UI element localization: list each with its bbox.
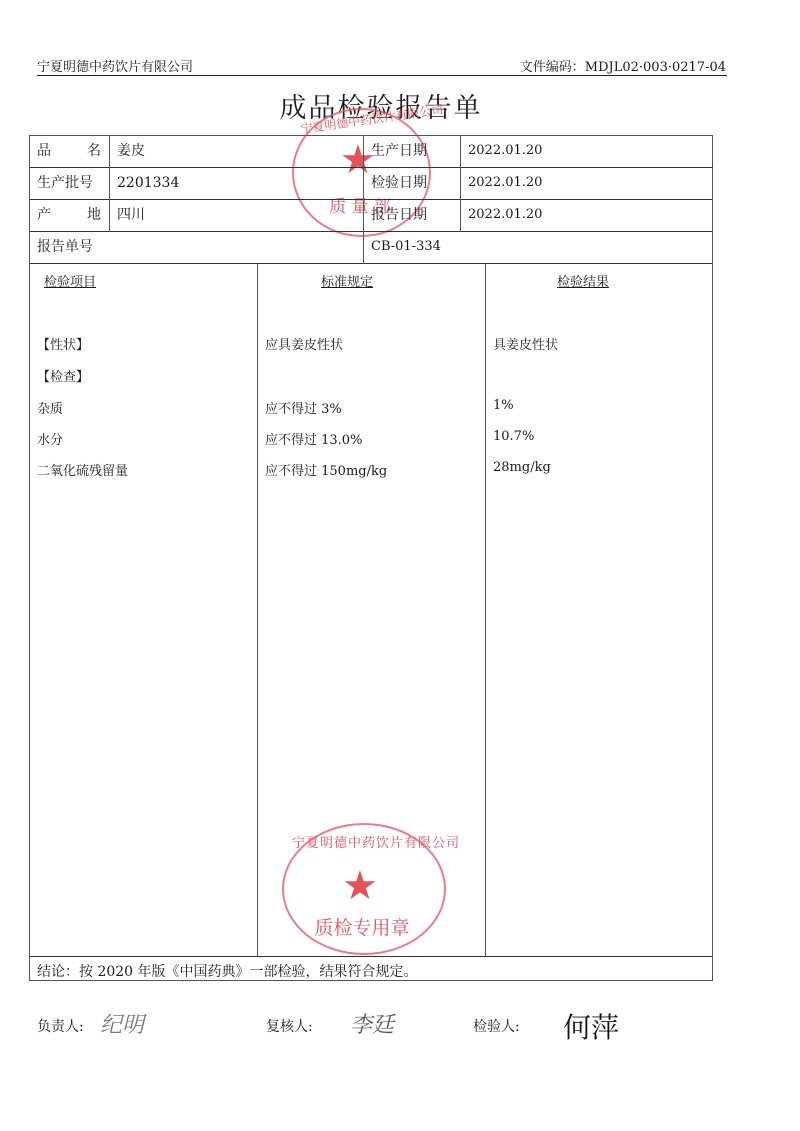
stamp-ring-text: 宁夏明德中药饮片有限公司 xyxy=(292,832,432,851)
test-result: 具姜皮性状 xyxy=(493,334,558,353)
production-date-value: 2022.01.20 xyxy=(468,135,542,167)
test-item: 水分 xyxy=(37,429,63,448)
company-name: 宁夏明德中药饮片有限公司 xyxy=(37,56,193,75)
test-item: 【性状】 xyxy=(37,334,89,353)
header-test-item: 检验项目 xyxy=(44,271,96,290)
stamp-star-icon: ★ xyxy=(342,866,378,906)
product-name-value: 姜皮 xyxy=(117,135,145,167)
batch-label: 生产批号 xyxy=(37,167,93,199)
test-result: 1% xyxy=(493,398,514,413)
header-standard: 标准规定 xyxy=(321,271,373,290)
test-standard: 应不得过 150mg/kg xyxy=(265,460,387,479)
inspection-date-value: 2022.01.20 xyxy=(468,167,542,199)
report-no-value: CB-01-334 xyxy=(371,231,441,263)
header-result: 检验结果 xyxy=(557,271,609,290)
report-no-label: 报告单号 xyxy=(37,231,93,263)
production-date-label: 生产日期 xyxy=(371,135,427,167)
label-char: 地 xyxy=(87,199,101,231)
batch-value: 2201334 xyxy=(117,167,179,199)
document-code: 文件编码：MDJL02·003·0217-04 xyxy=(520,56,726,75)
header-divider xyxy=(37,75,727,76)
inspection-date-label: 检验日期 xyxy=(371,167,427,199)
report-date-label: 报告日期 xyxy=(371,199,427,231)
label-char: 品 xyxy=(37,135,51,167)
report-date-value: 2022.01.20 xyxy=(468,199,542,231)
stamp-center-text: 质检专用章 xyxy=(310,913,414,940)
test-result: 28mg/kg xyxy=(493,460,551,475)
product-name-label: 品 名 xyxy=(37,135,101,167)
origin-label: 产 地 xyxy=(37,199,101,231)
inspector-label: 检验人: xyxy=(473,1016,520,1036)
responsible-signature: 纪明 xyxy=(100,1008,144,1039)
reviewer-label: 复核人: xyxy=(266,1016,313,1036)
test-item: 二氧化硫残留量 xyxy=(37,460,128,479)
test-item: 【检查】 xyxy=(37,366,89,385)
label-char: 产 xyxy=(37,199,51,231)
reviewer-signature: 李廷 xyxy=(350,1008,394,1039)
label-char: 名 xyxy=(87,135,101,167)
test-item: 杂质 xyxy=(37,398,63,417)
test-standard: 应不得过 13.0% xyxy=(265,429,362,448)
inspector-signature: 何萍 xyxy=(563,1006,619,1046)
responsible-label: 负责人: xyxy=(37,1016,84,1036)
conclusion-text: 结论：按 2020 年版《中国药典》一部检验，结果符合规定。 xyxy=(37,961,418,981)
test-standard: 应具姜皮性状 xyxy=(265,334,343,353)
test-result: 10.7% xyxy=(493,429,534,444)
origin-value: 四川 xyxy=(117,199,145,231)
test-standard: 应不得过 3% xyxy=(265,398,342,417)
